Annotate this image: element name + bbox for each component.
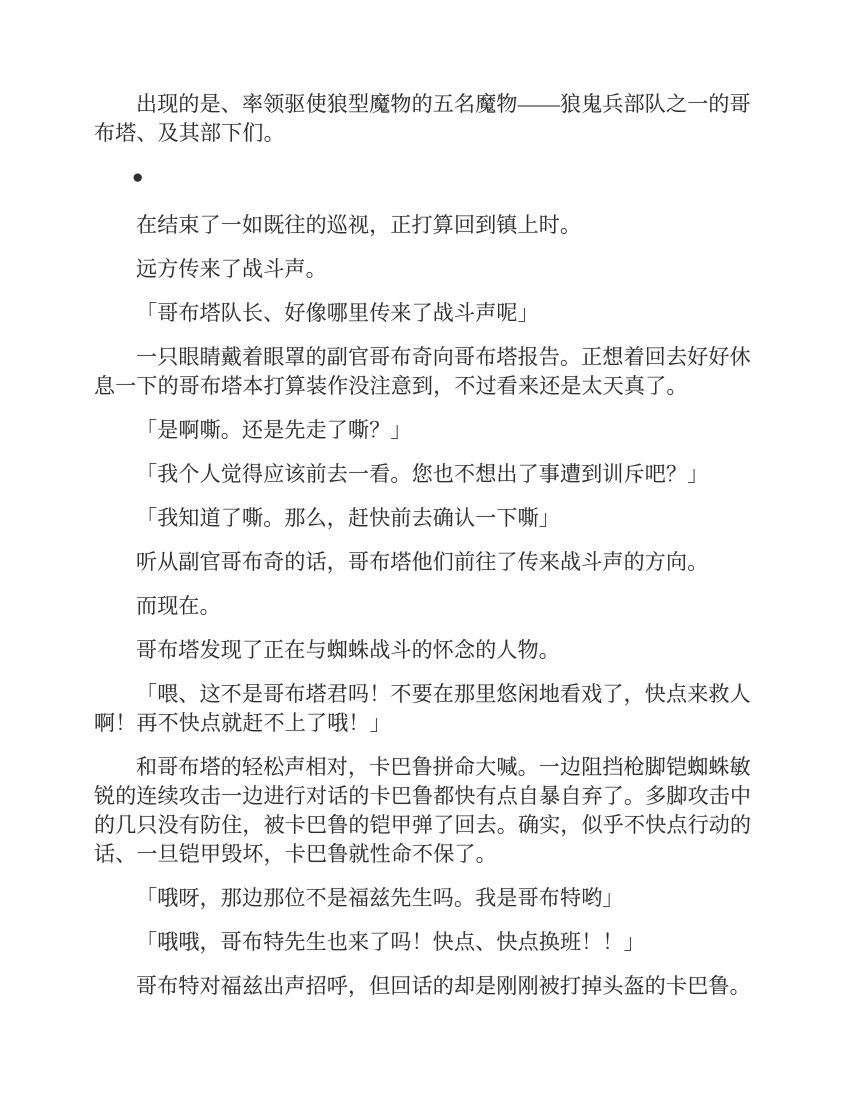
dialogue-paragraph: 「我知道了嘶。那么，赶快前去确认一下嘶」 [94,504,757,533]
dialogue-paragraph: 「哦哦，哥布特先生也来了吗！快点、快点换班！！」 [94,928,757,957]
novel-page: 出现的是、率领驱使狼型魔物的五名魔物——狼鬼兵部队之一的哥布塔、及其部下们。 ●… [0,0,850,1100]
dialogue-paragraph: 「哥布塔队长、好像哪里传来了战斗声呢」 [94,299,757,328]
section-break-bullet: ● [94,163,757,192]
dialogue-paragraph: 「喂、这不是哥布塔君吗！不要在那里悠闲地看戏了，快点来救人啊！再不快点就赶不上了… [94,680,757,738]
paragraph: 出现的是、率领驱使狼型魔物的五名魔物——狼鬼兵部队之一的哥布塔、及其部下们。 [94,90,757,148]
paragraph: 一只眼睛戴着眼罩的副官哥布奇向哥布塔报告。正想着回去好好休息一下的哥布塔本打算装… [94,343,757,401]
paragraph: 而现在。 [94,592,757,621]
paragraph: 哥布塔发现了正在与蜘蛛战斗的怀念的人物。 [94,636,757,665]
paragraph: 远方传来了战斗声。 [94,255,757,284]
dialogue-paragraph: 「我个人觉得应该前去一看。您也不想出了事遭到训斥吧？」 [94,460,757,489]
paragraph: 在结束了一如既往的巡视，正打算回到镇上时。 [94,211,757,240]
dialogue-paragraph: 「是啊嘶。还是先走了嘶？」 [94,416,757,445]
paragraph: 听从副官哥布奇的话，哥布塔他们前往了传来战斗声的方向。 [94,548,757,577]
paragraph: 哥布特对福兹出声招呼，但回话的却是刚刚被打掉头盔的卡巴鲁。 [94,972,757,1001]
dialogue-paragraph: 「哦呀，那边那位不是福兹先生吗。我是哥布特哟」 [94,884,757,913]
paragraph: 和哥布塔的轻松声相对，卡巴鲁拼命大喊。一边阻挡枪脚铠蜘蛛敏锐的连续攻击一边进行对… [94,753,757,869]
